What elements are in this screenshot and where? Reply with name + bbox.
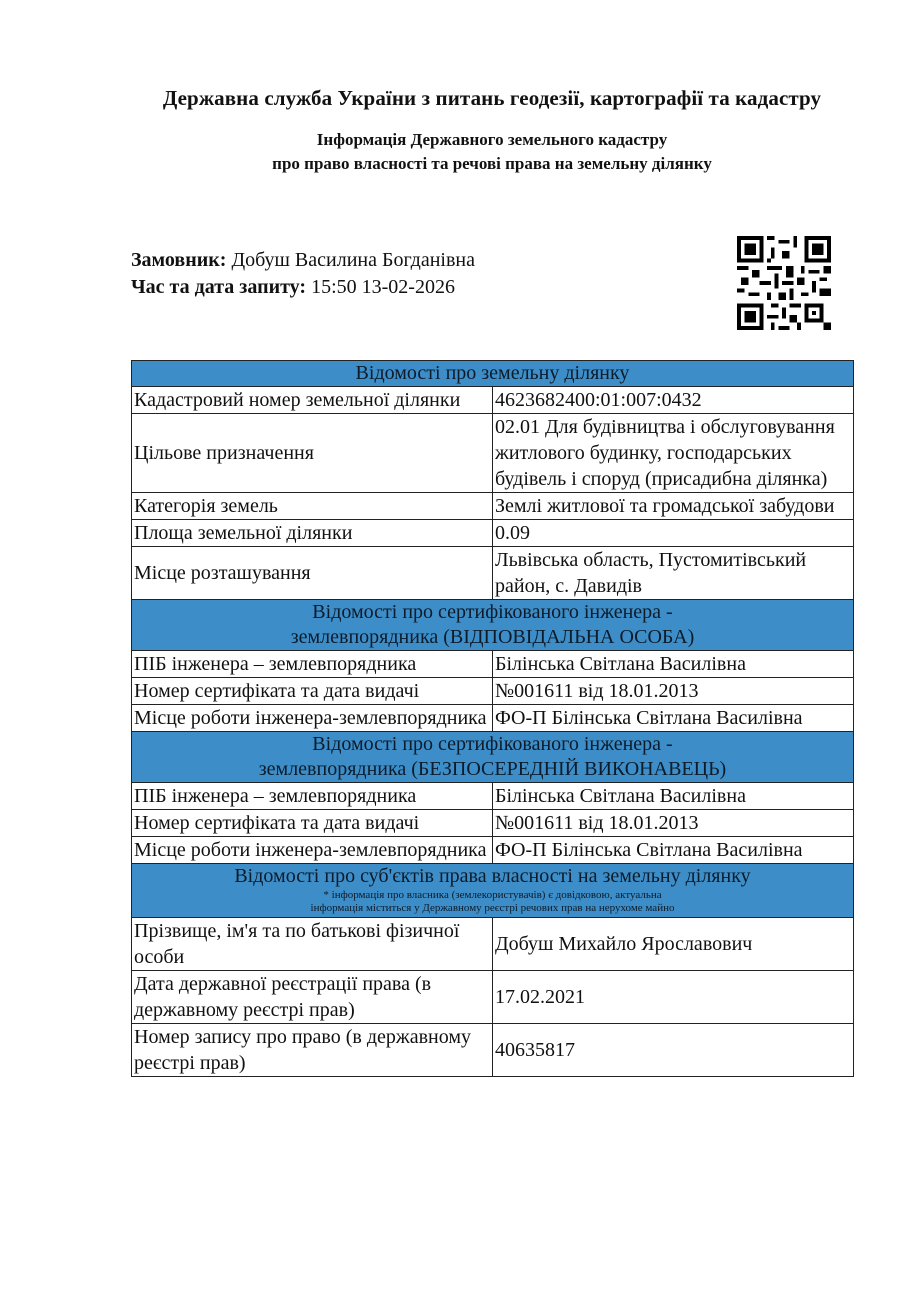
row-label: Номер сертифіката та дата видачі (132, 810, 493, 837)
table-row: Номер сертифіката та дата видачі №001611… (132, 810, 854, 837)
section-header-engineer-executor: Відомості про сертифікованого інженера -… (132, 732, 854, 783)
row-label: Місце роботи інженера-землевпорядника (132, 837, 493, 864)
subtitle-line-2: про право власності та речові права на з… (0, 152, 919, 176)
request-datetime-value: 15:50 13-02-2026 (311, 276, 455, 298)
table-row: Кадастровий номер земельної ділянки 4623… (132, 387, 854, 414)
row-label: Категорія земель (132, 493, 493, 520)
request-datetime-line: Час та дата запиту: 15:50 13-02-2026 (131, 274, 475, 301)
row-label: Площа земельної ділянки (132, 520, 493, 547)
engineer-name-value: Білінська Світлана Василівна (493, 783, 854, 810)
location-value: Львівська область, Пустомитівський район… (493, 547, 854, 600)
section-header-land: Відомості про земельну ділянку (132, 361, 854, 387)
registration-date-value: 17.02.2021 (493, 971, 854, 1024)
table-row: Категорія земель Землі житлової та грома… (132, 493, 854, 520)
customer-label: Замовник: (131, 249, 226, 271)
document-subtitle: Інформація Державного земельного кадастр… (0, 128, 919, 176)
agency-title: Державна служба України з питань геодезі… (0, 86, 919, 111)
area-value: 0.09 (493, 520, 854, 547)
row-label: ПІБ інженера – землевпорядника (132, 783, 493, 810)
customer-line: Замовник: Добуш Василина Богданівна (131, 247, 475, 274)
section-header-engineer-responsible: Відомості про сертифікованого інженера -… (132, 600, 854, 651)
qr-code-icon (737, 236, 831, 330)
owner-name-value: Добуш Михайло Ярославович (493, 918, 854, 971)
table-row: Площа земельної ділянки 0.09 (132, 520, 854, 547)
certificate-value: №001611 від 18.01.2013 (493, 810, 854, 837)
row-label: Прізвище, ім'я та по батькові фізичної о… (132, 918, 493, 971)
land-category-value: Землі житлової та громадської забудови (493, 493, 854, 520)
table-row: Номер сертифіката та дата видачі №001611… (132, 678, 854, 705)
workplace-value: ФО-П Білінська Світлана Василівна (493, 705, 854, 732)
row-label: ПІБ інженера – землевпорядника (132, 651, 493, 678)
certificate-value: №001611 від 18.01.2013 (493, 678, 854, 705)
table-row: ПІБ інженера – землевпорядника Білінська… (132, 783, 854, 810)
table-row: Номер запису про право (в державному реє… (132, 1024, 854, 1077)
cadastre-info-table: Відомості про земельну ділянку Кадастров… (131, 360, 854, 1077)
request-info: Замовник: Добуш Василина Богданівна Час … (131, 247, 475, 301)
row-label: Номер запису про право (в державному реє… (132, 1024, 493, 1077)
table-row: Дата державної реєстрації права (в держа… (132, 971, 854, 1024)
table-row: Місце роботи інженера-землевпорядника ФО… (132, 705, 854, 732)
row-label: Місце розташування (132, 547, 493, 600)
subtitle-line-1: Інформація Державного земельного кадастр… (0, 128, 919, 152)
request-datetime-label: Час та дата запиту: (131, 276, 306, 298)
row-label: Дата державної реєстрації права (в держа… (132, 971, 493, 1024)
purpose-value: 02.01 Для будівництва і обслуговування ж… (493, 414, 854, 493)
table-row: ПІБ інженера – землевпорядника Білінська… (132, 651, 854, 678)
record-number-value: 40635817 (493, 1024, 854, 1077)
row-label: Кадастровий номер земельної ділянки (132, 387, 493, 414)
owners-note: * інформація про власника (землекористув… (136, 889, 849, 917)
table-row: Прізвище, ім'я та по батькові фізичної о… (132, 918, 854, 971)
row-label: Місце роботи інженера-землевпорядника (132, 705, 493, 732)
row-label: Цільове призначення (132, 414, 493, 493)
row-label: Номер сертифіката та дата видачі (132, 678, 493, 705)
table-row: Місце роботи інженера-землевпорядника ФО… (132, 837, 854, 864)
table-row: Цільове призначення 02.01 Для будівництв… (132, 414, 854, 493)
cadastral-number-value: 4623682400:01:007:0432 (493, 387, 854, 414)
table-row: Місце розташування Львівська область, Пу… (132, 547, 854, 600)
engineer-name-value: Білінська Світлана Василівна (493, 651, 854, 678)
customer-value: Добуш Василина Богданівна (231, 249, 475, 271)
workplace-value: ФО-П Білінська Світлана Василівна (493, 837, 854, 864)
section-header-owners: Відомості про суб'єктів права власності … (132, 864, 854, 918)
